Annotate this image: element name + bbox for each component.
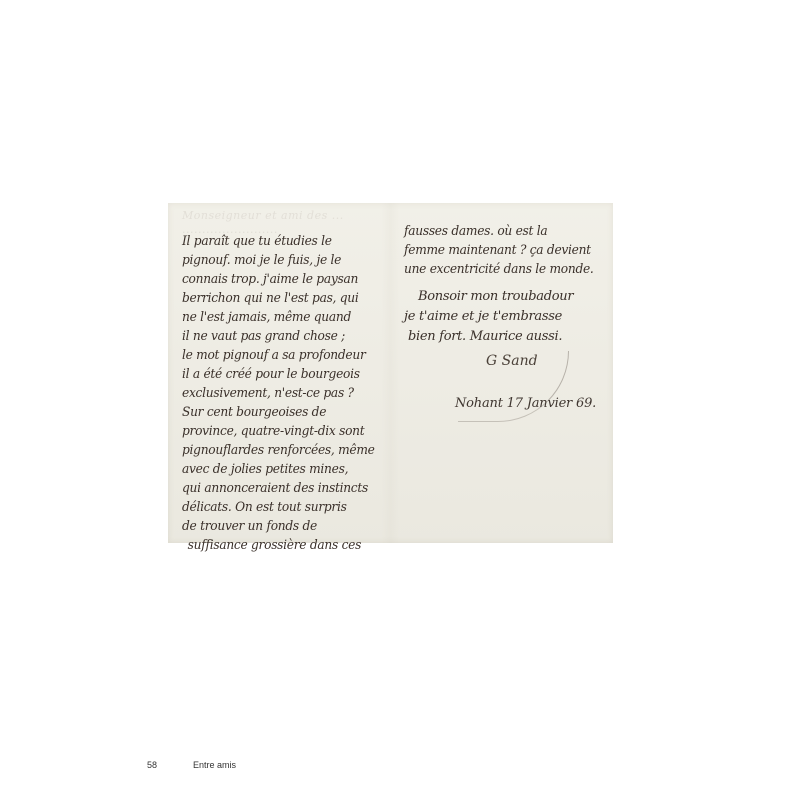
letter-line: pignouflardes renforcées, même [182,441,375,460]
letter-line: exclusivement, n'est-ce pas ? [182,384,375,403]
letter-line: le mot pignouf a sa profondeur [182,346,375,365]
letter-line: ne l'est jamais, même quand [182,308,375,327]
letter-line: avec de jolies petites mines, [182,460,375,479]
letter-left-column: Il paraît que tu étudies le pignouf. moi… [182,232,387,555]
letter-line: province, quatre-vingt-dix sont [182,422,375,441]
page-footer: 58 Entre amis [0,758,800,774]
letter-right-column: fausses dames. où est la femme maintenan… [404,222,606,279]
dateline: Nohant 17 Janvier 69. [455,396,596,411]
letter-line: pignouf. moi je le fuis, je le [182,251,375,270]
closing-line: je t'aime et je t'embrasse [404,307,573,327]
letter-line: délicats. On est tout surpris [182,498,375,517]
letter-line: berrichon qui ne l'est pas, qui [182,289,375,308]
letter-line: il ne vaut pas grand chose ; [182,327,375,346]
letter-line: qui annonceraient des instincts [182,479,375,498]
handwritten-letter: Monseigneur et ami des ... .............… [168,203,613,543]
letter-line: de trouver un fonds de [182,517,375,536]
closing-line: bien fort. Maurice aussi. [404,327,573,347]
letter-line: Sur cent bourgeoises de [182,403,375,422]
page-number: 58 [147,760,157,770]
letter-line: suffisance grossière dans ces [182,536,375,555]
running-section-title: Entre amis [193,760,236,770]
letter-line: connais trop. j'aime le paysan [182,270,375,289]
bleed-line: Monseigneur et ami des ... [182,209,382,223]
closing-line: Bonsoir mon troubadour [404,287,573,307]
letter-line: Il paraît que tu étudies le [182,232,375,251]
letter-line: femme maintenant ? ça devient [404,241,594,260]
book-page: Monseigneur et ami des ... .............… [0,0,800,800]
letter-closing: Bonsoir mon troubadour je t'aime et je t… [404,287,573,347]
signature: G Sand [486,353,538,369]
letter-line: une excentricité dans le monde. [404,260,594,279]
letter-line: il a été créé pour le bourgeois [182,365,375,384]
letter-line: fausses dames. où est la [404,222,594,241]
